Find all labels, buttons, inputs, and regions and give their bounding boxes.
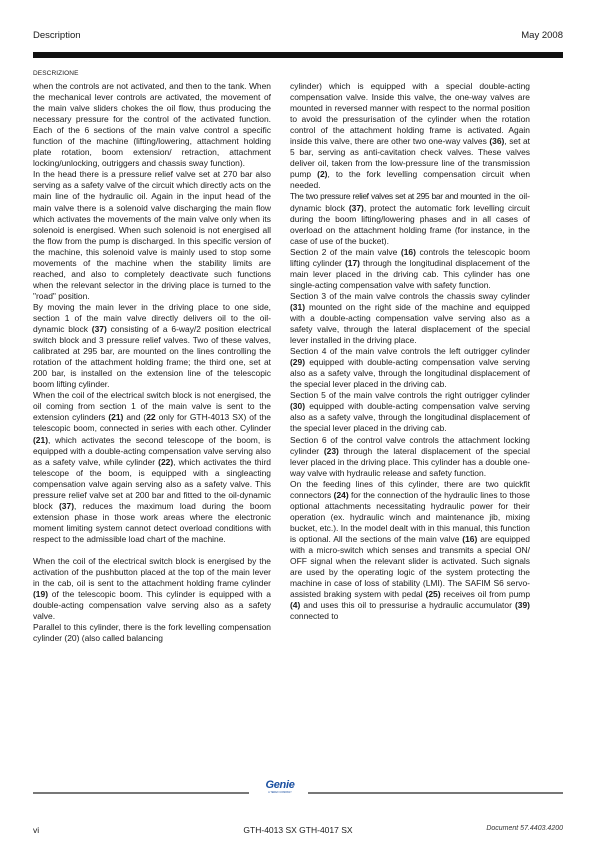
- ref-number: (25): [426, 589, 441, 599]
- paragraph: By moving the main lever in the driving …: [33, 302, 271, 390]
- ref-number: (37): [59, 501, 74, 511]
- footer-rule-left: [33, 792, 249, 794]
- paragraph: When the coil of the electrical switch b…: [33, 556, 271, 622]
- ref-number: (23): [324, 446, 339, 456]
- ref-number: (36): [489, 136, 504, 146]
- left-column: when the controls are not activated, and…: [33, 81, 271, 644]
- paragraph: Section 4 of the main valve controls the…: [290, 346, 530, 390]
- footer-rule-right: [308, 792, 563, 794]
- paragraph: when the controls are not activated, and…: [33, 81, 271, 169]
- paragraph: Section 2 of the main valve (16) control…: [290, 247, 530, 291]
- paragraph: Section 3 of the main valve controls the…: [290, 291, 530, 346]
- ref-number: (29): [290, 357, 305, 367]
- ref-number: (16): [401, 247, 416, 257]
- ref-number: (30): [290, 401, 305, 411]
- ref-number: 22: [146, 412, 155, 422]
- section-label: DESCRIZIONE: [33, 70, 79, 77]
- document-number: Document 57.4403.4200: [486, 825, 563, 832]
- genie-logo: Genie A TEREX COMPANY: [256, 780, 304, 794]
- right-column: cylinder) which is equipped with a speci…: [290, 81, 530, 622]
- ref-number: (19): [33, 589, 48, 599]
- ref-number: (2): [317, 169, 327, 179]
- ref-number: (24): [334, 490, 349, 500]
- ref-number: (4): [290, 600, 300, 610]
- ref-number: (37): [349, 203, 364, 213]
- logo-tagline: A TEREX COMPANY: [256, 791, 304, 794]
- ref-number: (21): [108, 412, 123, 422]
- logo-wordmark: Genie: [256, 780, 304, 791]
- ref-number: (16): [462, 534, 477, 544]
- header-section-title: Description: [33, 30, 81, 41]
- ref-number: (37): [92, 324, 107, 334]
- paragraph: Section 6 of the control valve controls …: [290, 435, 530, 479]
- ref-number: (22): [158, 457, 173, 467]
- paragraph: Parallel to this cylinder, there is the …: [33, 622, 271, 644]
- paragraph: The two pressure relief valves set at 29…: [290, 191, 530, 246]
- paragraph: In the head there is a pressure relief v…: [33, 169, 271, 302]
- ref-number: (31): [290, 302, 305, 312]
- paragraph: Section 5 of the main valve controls the…: [290, 390, 530, 434]
- ref-number: (39): [515, 600, 530, 610]
- paragraph: cylinder) which is equipped with a speci…: [290, 81, 530, 191]
- ref-number: (21): [33, 435, 48, 445]
- paragraph: On the feeding lines of this cylinder, t…: [290, 479, 530, 623]
- header-rule: [33, 52, 563, 58]
- header-date: May 2008: [521, 30, 563, 41]
- ref-number: (17): [345, 258, 360, 268]
- paragraph: When the coil of the electrical switch b…: [33, 390, 271, 545]
